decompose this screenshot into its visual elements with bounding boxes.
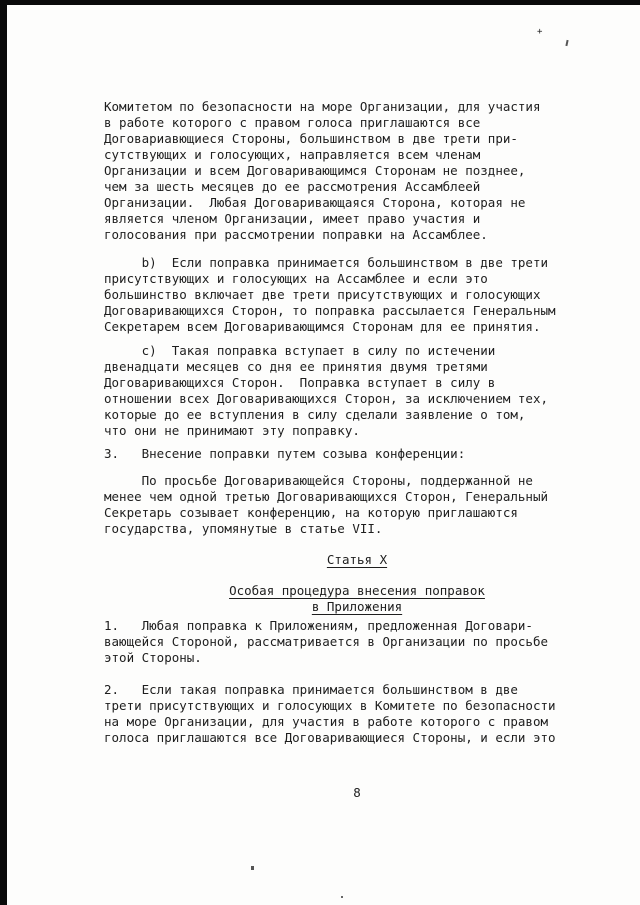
- text-line: является членом Организации, имеет право…: [104, 211, 610, 227]
- article-heading: Статья X: [104, 552, 610, 568]
- text-line: отношении всех Договаривающихся Сторон, …: [104, 391, 610, 407]
- text-line: Договариавющиеся Стороны, большинством в…: [104, 131, 610, 147]
- paragraph-item-c: c) Такая поправка вступает в силу по ист…: [104, 343, 610, 439]
- scan-edge-top: [0, 0, 640, 5]
- annex-paragraph-1: 1. Любая поправка к Приложениям, предлож…: [104, 618, 610, 666]
- scan-speck: [251, 866, 254, 870]
- section-3-heading: 3. Внесение поправки путем созыва конфер…: [104, 446, 610, 462]
- page-number: 8: [104, 785, 610, 800]
- text-line: трети присутствующих и голосующих в Коми…: [104, 698, 610, 714]
- annex-paragraph-2: 2. Если такая поправка принимается больш…: [104, 682, 610, 746]
- text-line: сутствующих и голосующих, направляется в…: [104, 147, 610, 163]
- text-line: Секретарь созывает конференцию, на котор…: [104, 505, 610, 521]
- text-line: 2. Если такая поправка принимается больш…: [104, 682, 610, 698]
- scan-artifact-plus-mark: +: [537, 27, 545, 37]
- text-line: Организации и всем Договаривающимся Стор…: [104, 163, 610, 179]
- text-line: в Приложения: [104, 599, 610, 615]
- paragraph-continuation: Комитетом по безопасности на море Органи…: [104, 99, 610, 243]
- scan-speck: [341, 896, 343, 898]
- article-subtitle: Особая процедура внесения поправокв Прил…: [104, 583, 610, 615]
- text-line: 1. Любая поправка к Приложениям, предлож…: [104, 618, 610, 634]
- text-line: b) Если поправка принимается большинство…: [104, 255, 610, 271]
- text-line: Секретарем всем Договаривающимся Сторона…: [104, 319, 610, 335]
- text-line: голосования при рассмотрении поправки на…: [104, 227, 610, 243]
- text-line: чем за шесть месяцев до ее рассмотрения …: [104, 179, 610, 195]
- text-line: в работе которого с правом голоса пригла…: [104, 115, 610, 131]
- section-3-body: По просьбе Договаривающейся Стороны, под…: [104, 473, 610, 537]
- text-line: По просьбе Договаривающейся Стороны, под…: [104, 473, 610, 489]
- text-line: Договаривающихся Сторон, то поправка рас…: [104, 303, 610, 319]
- text-line: вающейся Стороной, рассматривается в Орг…: [104, 634, 610, 650]
- text-line: государства, упомянутые в статье VII.: [104, 521, 610, 537]
- text-line: большинство включает две трети присутств…: [104, 287, 610, 303]
- text-line: Комитетом по безопасности на море Органи…: [104, 99, 610, 115]
- scanned-document-page: + Комитетом по безопасности на море Орга…: [0, 0, 640, 905]
- text-line: двенадцати месяцев со дня ее принятия дв…: [104, 359, 610, 375]
- scan-edge-left: [0, 0, 7, 905]
- page-body: Комитетом по безопасности на море Органи…: [104, 99, 610, 800]
- text-line: Организации. Любая Договаривающаяся Стор…: [104, 195, 610, 211]
- text-line: менее чем одной третью Договаривающихся …: [104, 489, 610, 505]
- text-line: Статья X: [104, 552, 610, 568]
- text-line: c) Такая поправка вступает в силу по ист…: [104, 343, 610, 359]
- text-line: этой Стороны.: [104, 650, 610, 666]
- text-line: 3. Внесение поправки путем созыва конфер…: [104, 446, 610, 462]
- scan-artifact-tick-mark: [565, 40, 568, 46]
- text-line: Особая процедура внесения поправок: [104, 583, 610, 599]
- text-line: присутствующих и голосующих на Ассамблее…: [104, 271, 610, 287]
- text-line: что они не принимают эту поправку.: [104, 423, 610, 439]
- paragraph-item-b: b) Если поправка принимается большинство…: [104, 255, 610, 335]
- text-line: голоса приглашаются все Договаривающиеся…: [104, 730, 610, 746]
- text-line: Договаривающихся Сторон. Поправка вступа…: [104, 375, 610, 391]
- text-line: которые до ее вступления в силу сделали …: [104, 407, 610, 423]
- text-line: на море Организации, для участия в работ…: [104, 714, 610, 730]
